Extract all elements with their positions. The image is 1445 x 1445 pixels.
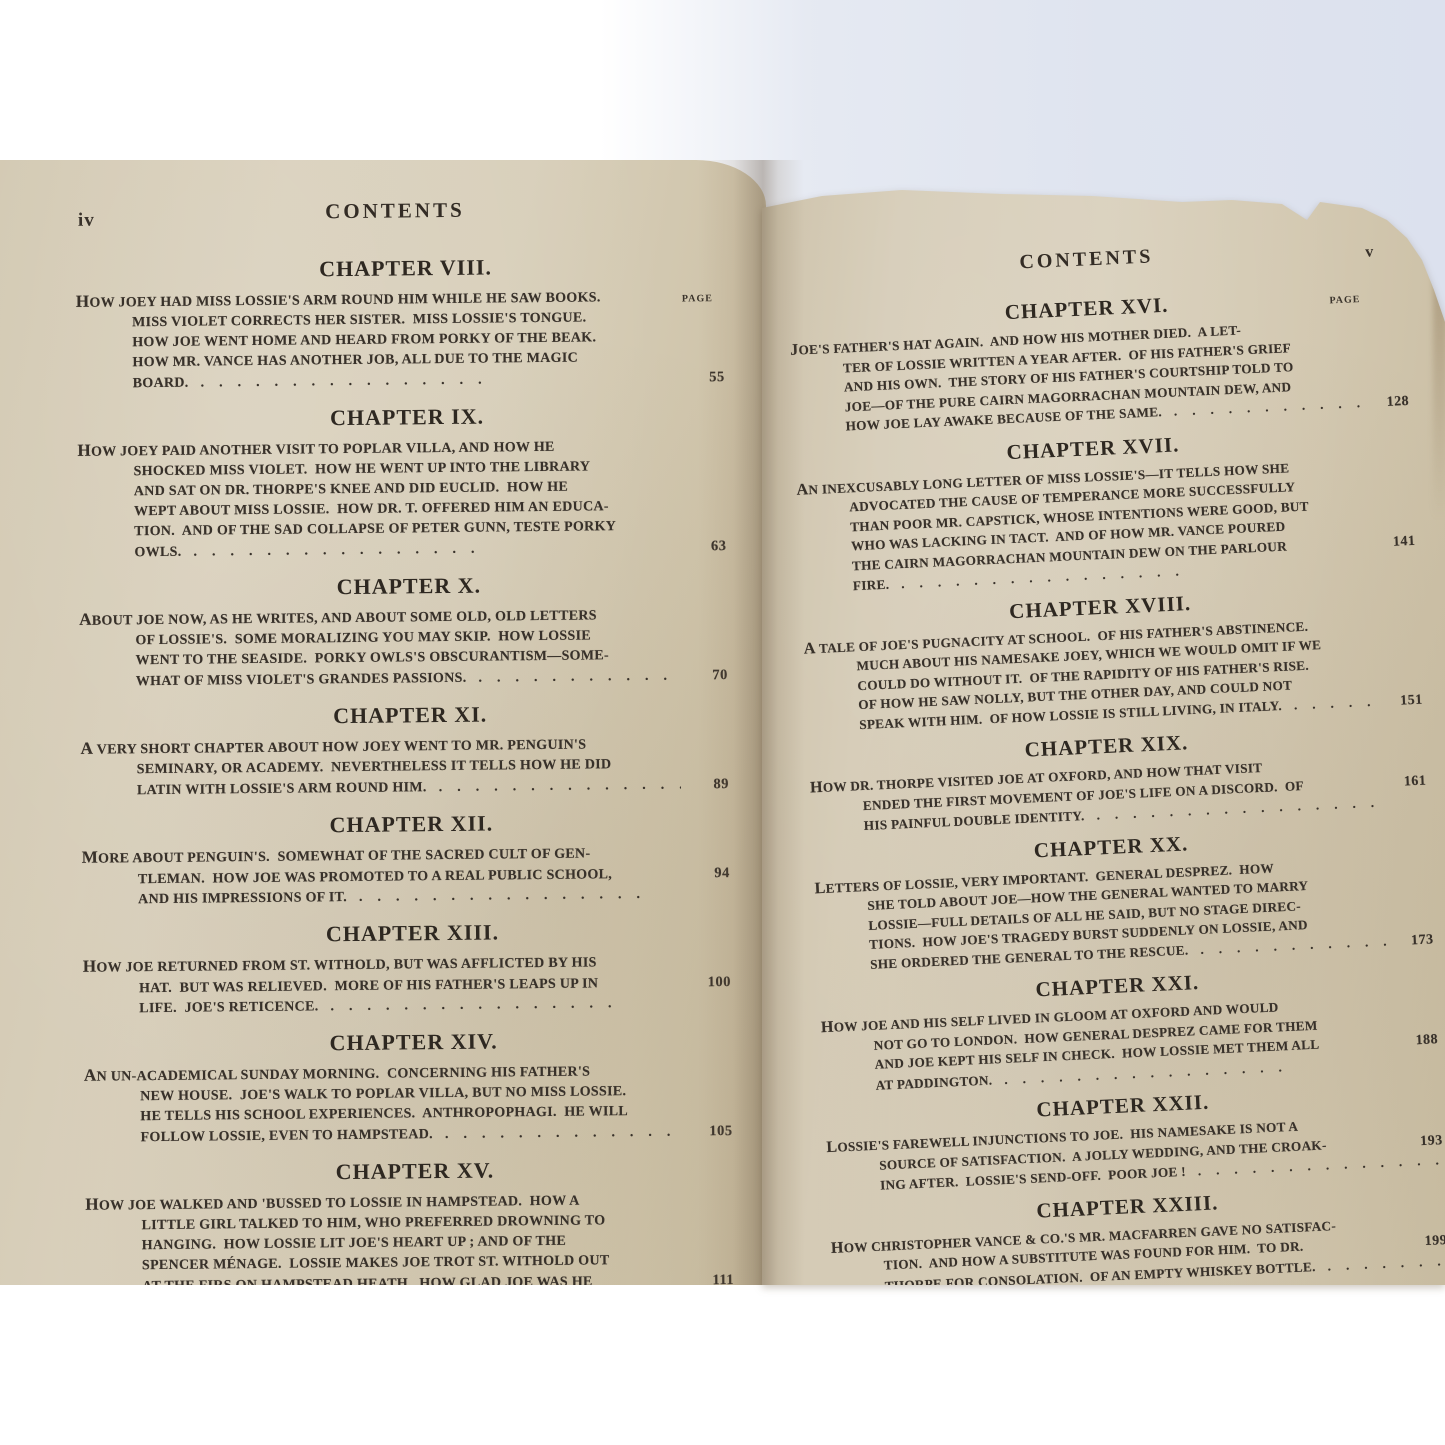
dot-leaders: ................ bbox=[1281, 691, 1379, 715]
dot-leaders: ................ bbox=[188, 369, 676, 394]
toc-line-text: HOW JOE WENT HOME AND HEARD FROM PORKY O… bbox=[132, 330, 596, 350]
toc-entry: CHAPTER XXI.HOW JOE AND HIS SELF LIVED I… bbox=[819, 959, 1439, 1097]
page-number: 55 bbox=[677, 367, 725, 388]
initial-capital: M bbox=[82, 848, 99, 867]
page-number: 128 bbox=[1365, 392, 1410, 413]
toc-line-text: FOLLOW LOSSIE, EVEN TO HAMPSTEAD. bbox=[85, 1125, 434, 1149]
leader-spacer bbox=[1304, 1246, 1404, 1251]
toc-line-text: FIRE. bbox=[801, 575, 890, 598]
dot-leaders: ................ bbox=[347, 884, 730, 908]
initial-capital: H bbox=[831, 1239, 845, 1257]
page-number: 161 bbox=[1382, 771, 1427, 792]
toc-line-text: A VERY SHORT CHAPTER ABOUT HOW JOEY WENT… bbox=[80, 738, 586, 758]
toc-entry: CHAPTER XX.LETTERS OF LOSSIE, VERY IMPOR… bbox=[813, 820, 1434, 977]
right-page: v CONTENTS PAGE CHAPTER XVI.JOE'S FATHER… bbox=[762, 160, 1445, 1285]
toc-entry: CHAPTER VIII.HOW JOEY HAD MISS LOSSIE'S … bbox=[75, 252, 724, 395]
initial-capital: H bbox=[85, 1195, 99, 1214]
page-number: 100 bbox=[683, 972, 731, 993]
initial-capital: A bbox=[796, 481, 809, 499]
leader-spacer bbox=[1327, 1146, 1399, 1149]
right-chapter-list: CHAPTER XVI.JOE'S FATHER'S HAT AGAIN. AN… bbox=[788, 272, 1445, 1285]
dot-leaders: ................ bbox=[181, 538, 678, 563]
chapter-title: CHAPTER X. bbox=[109, 570, 709, 602]
initial-capital: A bbox=[84, 1066, 97, 1085]
toc-line-text: HOW JOE WALKED AND 'BUSSED TO LOSSIE IN … bbox=[85, 1194, 579, 1214]
toc-entry: CHAPTER IX.HOW JOEY PAID ANOTHER VISIT T… bbox=[77, 401, 727, 564]
page-number: 188 bbox=[1394, 1030, 1439, 1051]
toc-line-text: OWLS. bbox=[78, 543, 181, 564]
toc-line-text: BOARD. bbox=[77, 374, 189, 395]
left-page: iv CONTENTS PAGE CHAPTER VIII.HOW JOEY H… bbox=[0, 160, 766, 1285]
page-number: 141 bbox=[1371, 531, 1416, 552]
toc-entry: CHAPTER XV.HOW JOE WALKED AND 'BUSSED TO… bbox=[85, 1155, 735, 1285]
page-number: 151 bbox=[1378, 690, 1423, 711]
toc-entry: CHAPTER X.ABOUT JOE NOW, AS HE WRITES, A… bbox=[79, 570, 728, 693]
dot-leaders: ................ bbox=[433, 1123, 685, 1146]
toc-entry: CHAPTER XVI.JOE'S FATHER'S HAT AGAIN. AN… bbox=[788, 282, 1409, 439]
page-number: 173 bbox=[1389, 930, 1434, 951]
initial-capital: L bbox=[826, 1139, 838, 1156]
initial-capital: H bbox=[83, 957, 97, 976]
open-book-photo: iv CONTENTS PAGE CHAPTER VIII.HOW JOEY H… bbox=[0, 0, 1445, 1445]
page-number: 199 bbox=[1403, 1231, 1445, 1252]
dot-leaders: ................ bbox=[427, 776, 681, 799]
initial-capital: H bbox=[821, 1019, 835, 1037]
chapter-title: CHAPTER IX. bbox=[107, 401, 707, 433]
toc-line-text: HE TELLS HIS SCHOOL EXPERIENCES. ANTHROP… bbox=[140, 1104, 628, 1124]
toc-entry: CHAPTER XII.MORE ABOUT PENGUIN'S. SOMEWH… bbox=[81, 808, 730, 911]
initial-capital: J bbox=[790, 342, 799, 359]
leader-spacer bbox=[598, 987, 683, 988]
toc-line-text: AN UN-ACADEMICAL SUNDAY MORNING. CONCERN… bbox=[84, 1064, 590, 1084]
leader-spacer bbox=[612, 878, 682, 879]
right-page-content: v CONTENTS PAGE CHAPTER XVI.JOE'S FATHER… bbox=[786, 230, 1401, 258]
toc-line-text: WEPT ABOUT MISS LOSSIE. HOW DR. T. OFFER… bbox=[134, 499, 609, 519]
page-edge-shadow bbox=[1433, 220, 1445, 520]
toc-line-text: SEMINARY, OR ACADEMY. NEVERTHELESS IT TE… bbox=[137, 757, 612, 777]
initial-capital: H bbox=[76, 292, 90, 311]
toc-line-text: WHAT OF MISS VIOLET'S GRANDES PASSIONS. bbox=[80, 669, 467, 693]
chapter-title: CHAPTER XI. bbox=[110, 699, 710, 731]
toc-line-text: HANGING. HOW LOSSIE LIT JOE'S HEART UP ;… bbox=[142, 1234, 566, 1253]
toc-line-text: MISS VIOLET CORRECTS HER SISTER. MISS LO… bbox=[132, 310, 586, 330]
toc-line-text: LATIN WITH LOSSIE'S ARM ROUND HIM. bbox=[81, 778, 427, 802]
right-folio: v bbox=[1365, 243, 1375, 261]
toc-entry: CHAPTER XVIII.A TALE OF JOE'S PUGNACITY … bbox=[802, 580, 1423, 737]
initial-capital: H bbox=[810, 779, 824, 797]
page-number: 70 bbox=[680, 665, 728, 686]
dot-leaders: ................ bbox=[318, 993, 731, 1017]
page-number: 105 bbox=[684, 1121, 732, 1142]
chapter-title: CHAPTER XV. bbox=[115, 1155, 715, 1187]
toc-entry: CHAPTER XXII.LOSSIE'S FAREWELL INJUNCTIO… bbox=[825, 1079, 1444, 1197]
leader-spacer bbox=[1320, 1045, 1395, 1048]
page-number: 89 bbox=[681, 774, 729, 795]
chapter-title: CHAPTER VIII. bbox=[105, 252, 705, 284]
toc-entry: CHAPTER XI.A VERY SHORT CHAPTER ABOUT HO… bbox=[80, 699, 729, 802]
leader-spacer bbox=[1304, 786, 1383, 790]
toc-line-text: TION. AND OF THE SAD COLLAPSE OF PETER G… bbox=[134, 519, 616, 539]
toc-entry: CHAPTER XVII.AN INEXCUSABLY LONG LETTER … bbox=[795, 421, 1417, 598]
toc-entry: CHAPTER XIII.HOW JOE RETURNED FROM ST. W… bbox=[82, 917, 731, 1020]
toc-line-text: HOW JOEY HAD MISS LOSSIE'S ARM ROUND HIM… bbox=[76, 290, 601, 310]
chapter-title: CHAPTER XII. bbox=[111, 808, 711, 840]
toc-line-text: LIFE. JOE'S RETICENCE. bbox=[83, 997, 318, 1019]
toc-line-text: SPENCER MÉNAGE. LOSSIE MAKES JOE TROT ST… bbox=[142, 1253, 610, 1273]
toc-line-text: ABOUT JOE NOW, AS HE WRITES, AND ABOUT S… bbox=[79, 608, 597, 628]
page-number: 63 bbox=[678, 536, 726, 557]
toc-line-text: MORE ABOUT PENGUIN'S. SOMEWHAT OF THE SA… bbox=[82, 846, 591, 866]
toc-line-text: HOW MR. VANCE HAS ANOTHER JOB, ALL DUE T… bbox=[132, 351, 578, 371]
toc-line-text: OF LOSSIE'S. SOME MORALIZING YOU MAY SKI… bbox=[135, 628, 591, 648]
toc-line-text: AND SAT ON DR. THORPE'S KNEE AND DID EUC… bbox=[134, 480, 568, 500]
toc-entry: CHAPTER XXIII.HOW CHRISTOPHER VANCE & CO… bbox=[829, 1180, 1445, 1285]
right-contents-heading: CONTENTS bbox=[814, 236, 1358, 284]
initial-capital: L bbox=[814, 879, 826, 896]
chapter-title: CHAPTER XIII. bbox=[112, 917, 712, 949]
toc-line-text: WENT TO THE SEASIDE. PORKY OWLS'S OBSCUR… bbox=[136, 648, 609, 668]
toc-line-text: HOW JOE RETURNED FROM ST. WITHOLD, BUT W… bbox=[83, 955, 597, 975]
page-number: 94 bbox=[682, 863, 730, 884]
left-contents-heading: CONTENTS bbox=[75, 195, 715, 227]
toc-line-text: NEW HOUSE. JOE'S WALK TO POPLAR VILLA, B… bbox=[140, 1084, 626, 1104]
toc-line-text: AND HIS IMPRESSIONS OF IT. bbox=[82, 888, 347, 911]
toc-entry: CHAPTER XIX.HOW DR. THORPE VISITED JOE A… bbox=[808, 720, 1427, 838]
initial-capital: A bbox=[80, 739, 93, 758]
left-page-content: iv CONTENTS PAGE CHAPTER VIII.HOW JOEY H… bbox=[0, 160, 766, 1285]
initial-capital: A bbox=[803, 640, 816, 658]
toc-entry: CHAPTER XIV.AN UN-ACADEMICAL SUNDAY MORN… bbox=[84, 1026, 733, 1149]
toc-line-text: LITTLE GIRL TALKED TO HIM, WHO PREFERRED… bbox=[141, 1213, 605, 1233]
left-chapter-list: CHAPTER VIII.HOW JOEY HAD MISS LOSSIE'S … bbox=[75, 239, 734, 1285]
chapter-title: CHAPTER XIV. bbox=[114, 1026, 714, 1058]
page-number: 111 bbox=[686, 1270, 734, 1285]
toc-line-text: HOW JOEY PAID ANOTHER VISIT TO POPLAR VI… bbox=[77, 440, 554, 460]
dot-leaders: ................ bbox=[466, 667, 680, 689]
initial-capital: A bbox=[79, 610, 92, 629]
page-number: 193 bbox=[1398, 1131, 1443, 1152]
toc-line-text: SHOCKED MISS VIOLET. HOW HE WENT UP INTO… bbox=[134, 459, 591, 479]
initial-capital: H bbox=[77, 441, 91, 460]
leader-spacer bbox=[1287, 546, 1372, 550]
right-page-wrap: v CONTENTS PAGE CHAPTER XVI.JOE'S FATHER… bbox=[762, 160, 1445, 1285]
